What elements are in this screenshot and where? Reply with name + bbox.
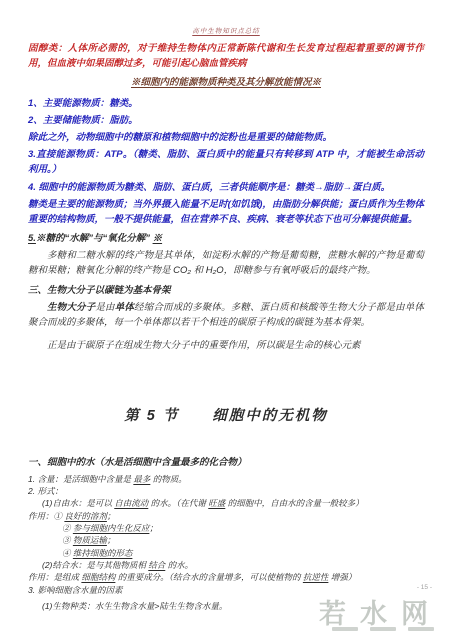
doc-line-17: (1)自由水：是可以 自由流动 的水。（在代谢 旺盛 的细胞中，自由水的含量一般… — [28, 497, 424, 509]
watermark-logo: 若水网 — [319, 592, 442, 631]
text-segment: ③ — [62, 535, 73, 545]
page-header: 高中生物知识点总结 — [28, 26, 424, 35]
doc-line-19: ② 参与细胞内生化反应； — [28, 522, 424, 534]
text-segment: 的细胞中，自由水的含量一般较多） — [225, 498, 363, 508]
doc-line-23: 作用：是组成 细胞结构 的重要成分。（结合水的含量增多，可以使植物的 抗逆性 增… — [28, 571, 424, 583]
doc-line-0: 固醇类：人体所必需的，对于维持生物体内正常新陈代谢和生长发育过程起着重要的调节作… — [28, 41, 424, 71]
doc-line-16: 2. 形式： — [28, 485, 424, 497]
blank-underlined: 旺盛 — [208, 498, 225, 508]
doc-line-1: ※细胞内的能源物质种类及其分解放能情况※ — [28, 75, 424, 90]
blank-underlined: 细胞结构 — [81, 572, 115, 582]
doc-line-6: 4. 细胞中的能源物质为糖类、脂肪、蛋白质，三者供能顺序是：糖类→脂肪→蛋白质。 — [28, 180, 424, 195]
text-segment: (1)自由水：是可以 — [42, 498, 114, 508]
blank-underlined: ※ — [153, 233, 163, 244]
watermark-subtext-segment — [408, 627, 434, 631]
watermark-subtext-blur — [332, 627, 434, 631]
emphasis-text: 生物大分子 — [47, 302, 95, 313]
doc-line-9: 多糖和二糖水解的终产物是其单体，如淀粉水解的产物是葡萄糖，蔗糖水解的产物是葡萄糖… — [28, 248, 424, 278]
doc-line-13: 第 5 节 细胞中的无机物 — [28, 405, 424, 428]
blank-underlined: 最多 — [133, 474, 150, 484]
doc-line-10: 三、生物大分子以碳链为基本骨架 — [28, 283, 424, 298]
doc-line-4: 除此之外，动物细胞中的糖原和植物细胞中的淀粉也是重要的储能物质。 — [28, 130, 424, 145]
doc-line-8: 5.※糖的“水解”与“氧化分解” ※ — [28, 231, 424, 246]
text-segment: 的重要成分。（结合水的含量增多，可以使植物的 — [115, 572, 302, 582]
document-page: 高中生物知识点总结 固醇类：人体所必需的，对于维持生物体内正常新陈代谢和生长发育… — [0, 0, 450, 636]
emphasis-text: 单体 — [115, 302, 134, 313]
doc-line-2: 1、主要能源物质：糖类。 — [28, 96, 424, 111]
watermark-subtext-segment — [370, 627, 396, 631]
doc-line-20: ③ 物质运输； — [28, 534, 424, 546]
text-segment: (2)结合水：是与其他物质相 — [42, 560, 148, 570]
doc-line-22: (2)结合水：是与其他物质相 结合 的水。 — [28, 559, 424, 571]
blank-underlined: 5. — [28, 233, 36, 244]
blank-underlined: 抗逆性 — [303, 572, 329, 582]
text-segment: 作用：是组成 — [28, 572, 81, 582]
text-segment: ④ — [62, 548, 73, 558]
blank-underlined: 自由流动 — [114, 498, 148, 508]
document-body: 固醇类：人体所必需的，对于维持生物体内正常新陈代谢和生长发育过程起着重要的调节作… — [28, 41, 424, 612]
text-segment: ； — [107, 511, 116, 521]
text-segment: 的水。 — [165, 560, 193, 570]
text-segment: 的水。（在代谢 — [148, 498, 208, 508]
text-segment: 是由 — [95, 302, 114, 313]
text-segment: 的物质。 — [150, 474, 186, 484]
text-segment: ； — [107, 535, 116, 545]
doc-line-7: 糖类是主要的能源物质；当外界摄入能量不足时(如饥饿)，由脂肪分解供能；蛋白质作为… — [28, 197, 424, 227]
text-segment: ※糖的“水解”与“氧化分解” — [36, 233, 153, 244]
text-segment: 1. 含量：是活细胞中含量是 — [28, 474, 133, 484]
doc-line-21: ④ 维持细胞的形态 — [28, 547, 424, 559]
watermark-subtext-segment — [332, 627, 358, 631]
blank-underlined: 结合 — [148, 560, 165, 570]
text-segment: ； — [149, 523, 158, 533]
blank-underlined: 良好的溶剂 — [64, 511, 107, 521]
doc-line-12: 正是由于碳原子在组成生物大分子中的重要作用，所以碳是生命的核心元素 — [28, 338, 424, 353]
text-segment: 增强） — [328, 572, 356, 582]
doc-line-15: 1. 含量：是活细胞中含量是 最多 的物质。 — [28, 473, 424, 485]
doc-line-14: 一、细胞中的水（水是活细胞中含量最多的化合物） — [28, 455, 424, 470]
text-segment: 作用：① — [28, 511, 64, 521]
blank-underlined: 维持细胞的形态 — [73, 548, 133, 558]
text-segment: ② — [62, 523, 73, 533]
doc-line-18: 作用：① 良好的溶剂； — [28, 510, 424, 522]
doc-line-3: 2、主要储能物质：脂肪。 — [28, 113, 424, 128]
blank-underlined: 参与细胞内生化反应 — [73, 523, 150, 533]
blank-underlined: 物质运输 — [73, 535, 107, 545]
doc-line-11: 生物大分子是由单体经缩合而成的多聚体。多糖、蛋白质和核酸等生物大分子都是由单体聚… — [28, 300, 424, 330]
page-number: - 15 - — [417, 584, 432, 591]
doc-line-5: 3.直接能源物质：ATP。（糖类、脂肪、蛋白质中的能量只有转移到 ATP 中，才… — [28, 147, 424, 177]
